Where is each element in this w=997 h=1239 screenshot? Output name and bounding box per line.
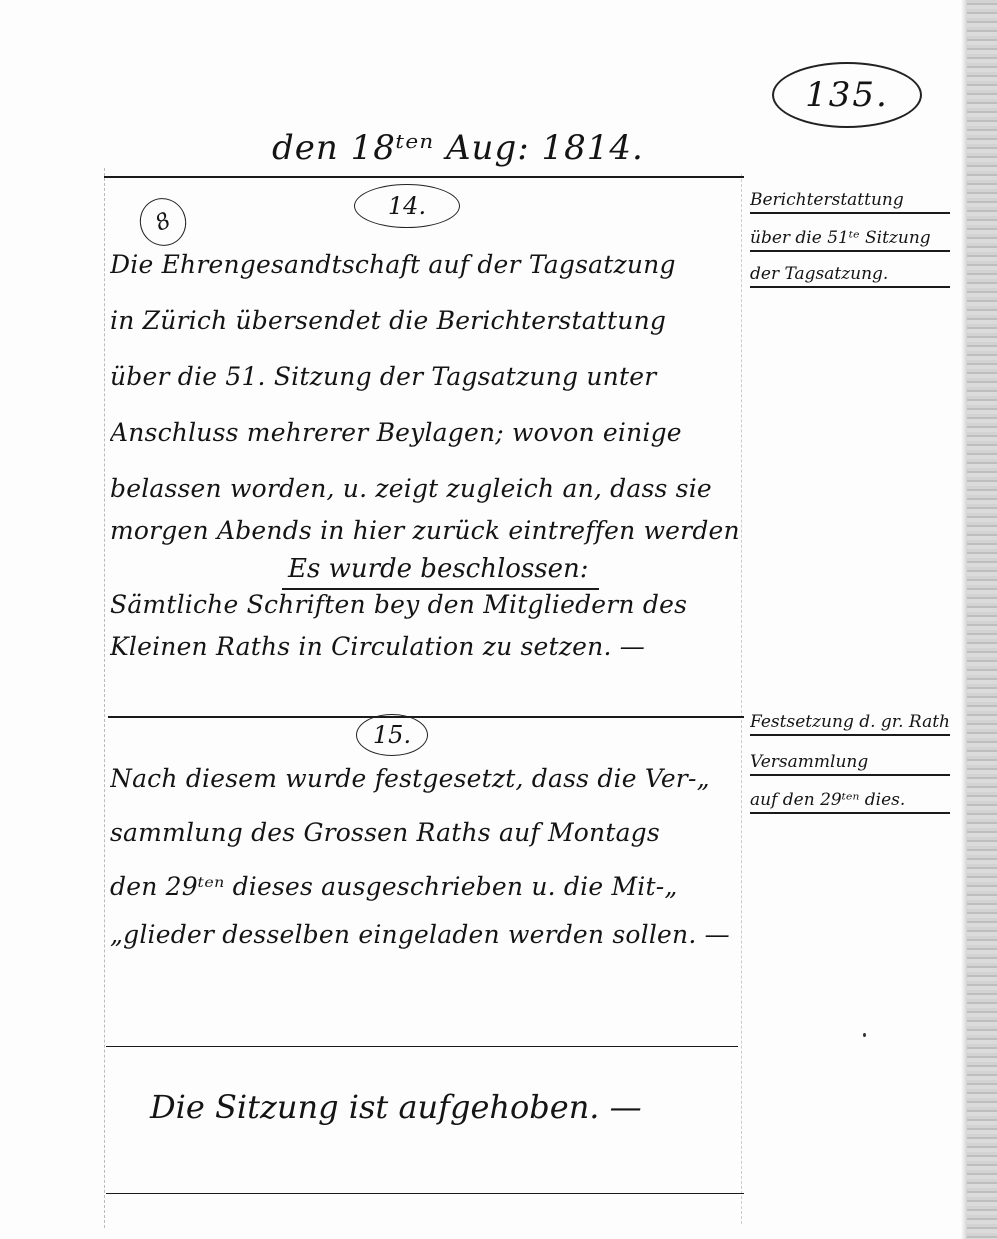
entry-14-line-3: über die 51. Sitzung der Tagsatzung unte… — [110, 362, 740, 391]
entry-number-14: 14. — [354, 184, 460, 228]
entry-14-line-5: belassen worden, u. zeigt zugleich an, d… — [110, 474, 740, 503]
margin-note-15-line-2: Versammlung — [750, 752, 950, 776]
entry-15-line-2: sammlung des Grossen Raths auf Montags — [110, 818, 740, 847]
closing-statement: Die Sitzung ist aufgehoben. — — [150, 1088, 642, 1126]
entry-14-line-2: in Zürich übersendet die Berichterstattu… — [110, 306, 740, 335]
header-rule — [104, 176, 744, 178]
entry-14-line-4: Anschluss mehrerer Beylagen; wovon einig… — [110, 418, 740, 447]
resolution-line-1: Sämtliche Schriften bey den Mitgliedern … — [110, 590, 740, 619]
margin-note-15-line-3: auf den 29ᵗᵉⁿ dies. — [750, 790, 950, 814]
closing-top-rule — [106, 1046, 738, 1047]
entry-number-15: 15. — [356, 714, 428, 756]
side-mark-text: 8 — [151, 208, 174, 237]
entry-14-line-1: Die Ehrengesandtschaft auf der Tagsatzun… — [110, 250, 740, 279]
date-heading: den 18ᵗᵉⁿ Aug: 1814. — [272, 128, 692, 168]
ink-speck — [863, 1033, 866, 1037]
entry-separator-rule — [108, 716, 744, 718]
resolution-line-2: Kleinen Raths in Circulation zu setzen. … — [110, 632, 740, 661]
entry-14-line-6: morgen Abends in hier zurück eintreffen … — [110, 516, 740, 545]
entry-15-line-1: Nach diesem wurde festgesetzt, dass die … — [110, 764, 740, 793]
margin-note-15-line-1: Festsetzung d. gr. Raths — [750, 712, 950, 736]
entry-15-line-4: „glieder desselben eingeladen werden sol… — [110, 920, 740, 949]
binding-edge — [967, 0, 997, 1239]
entry-number-text: 15. — [373, 721, 411, 749]
right-margin-rule — [741, 174, 742, 1224]
margin-note-14-line-2: über die 51ᵗᵉ Sitzung — [750, 228, 950, 252]
entry-side-mark: 8 — [132, 191, 194, 254]
left-margin-rule — [104, 168, 105, 1228]
closing-bottom-rule — [106, 1193, 744, 1194]
entry-number-text: 14. — [388, 192, 426, 220]
page-number-text: 135. — [805, 75, 889, 115]
resolution-header: Es wurde beschlossen: — [282, 554, 599, 590]
page-number: 135. — [772, 62, 922, 128]
margin-note-14-line-1: Berichterstattung — [750, 190, 950, 214]
entry-15-line-3: den 29ᵗᵉⁿ dieses ausgeschrieben u. die M… — [110, 872, 740, 901]
margin-note-14-line-3: der Tagsatzung. — [750, 264, 950, 288]
